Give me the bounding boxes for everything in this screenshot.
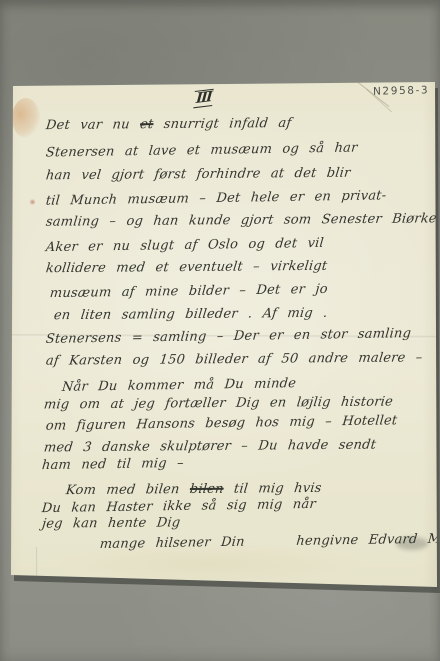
line-text: Kom med bilen [65, 482, 191, 498]
letter-line: musæum af mine bilder – Det er jo [49, 283, 328, 302]
letter-paper: III N2958-3 Det var nu et snurrigt infal… [0, 0, 440, 661]
line-text: mig om at jeg fortæller Dig en løjlig hi… [43, 394, 394, 412]
letter-line: om figuren Hansons besøg hos mig – Hotel… [45, 414, 398, 434]
line-text: samling – og han kunde gjort som Seneste… [45, 211, 440, 229]
struck-word: bilen [189, 482, 224, 497]
line-text: Stenersen at lave et musæum og så har [45, 141, 358, 161]
line-text: Når Du kommer må Du minde [61, 376, 297, 395]
line-text: Det var nu [45, 117, 141, 133]
letter-line: Aker er nu slugt af Oslo og det vil [45, 237, 324, 256]
letter-line: Når Du kommer må Du minde [61, 377, 296, 395]
line-text: snurrigt infald af [153, 116, 293, 132]
letter-line: af Karsten og 150 billeder af 50 andre m… [45, 351, 423, 369]
line-text: om figuren Hansons besøg hos mig – Hotel… [45, 413, 398, 434]
letter-body: Det var nu et snurrigt infald afStenerse… [0, 0, 440, 661]
letter-line: mange hilsener Din hengivne Edvard Munch [99, 532, 440, 552]
letter-line: til Munch musæum – Det hele er en privat… [45, 189, 387, 209]
line-text: Du kan Haster ikke så sig mig når [41, 497, 316, 516]
letter-line: Kom med bilen bilen til mig hvis [65, 482, 322, 499]
letter-line: ham ned til mig – [41, 457, 184, 474]
line-text: til Munch musæum – Det hele er en privat… [45, 188, 387, 208]
letter-line: Stenersens = samling – Der er en stor sa… [45, 327, 412, 347]
letter-line: jeg kan hente Dig [41, 516, 181, 532]
line-text: musæum af mine bilder – Det er jo [49, 282, 328, 301]
line-text: ham ned til mig – [41, 456, 184, 473]
line-text: til mig hvis [223, 481, 323, 497]
line-text: en liten samling billeder . Af mig . [53, 306, 328, 323]
letter-line: Det var nu et snurrigt infald af [45, 117, 292, 133]
letter-line: han vel gjort først forhindre at det bli… [45, 167, 351, 184]
line-text: af Karsten og 150 billeder af 50 andre m… [45, 350, 423, 368]
letter-line: med 3 danske skulptører – Du havde sendt [43, 439, 377, 456]
letter-line: Stenersen at lave et musæum og så har [45, 142, 358, 161]
letter-line: kollidere med et eventuelt – virkeligt [45, 260, 328, 277]
letter-line: mig om at jeg fortæller Dig en løjlig hi… [43, 395, 394, 412]
line-text: mange hilsener Din hengivne Edvard Munch [99, 531, 440, 552]
line-text: Aker er nu slugt af Oslo og det vil [45, 236, 324, 255]
letter-line: Du kan Haster ikke så sig mig når [41, 498, 316, 517]
letter-line: samling – og han kunde gjort som Seneste… [45, 212, 440, 230]
line-text: kollidere med et eventuelt – virkeligt [45, 259, 328, 276]
line-text: jeg kan hente Dig [41, 515, 181, 531]
letter-photograph: { "photo": { "background_color": "#8e908… [0, 0, 440, 661]
line-text: Stenersens = samling – Der er en stor sa… [45, 326, 412, 347]
line-text: han vel gjort først forhindre at det bli… [45, 166, 351, 184]
letter-line: en liten samling billeder . Af mig . [53, 307, 328, 324]
line-text: med 3 danske skulptører – Du havde sendt [43, 438, 377, 456]
